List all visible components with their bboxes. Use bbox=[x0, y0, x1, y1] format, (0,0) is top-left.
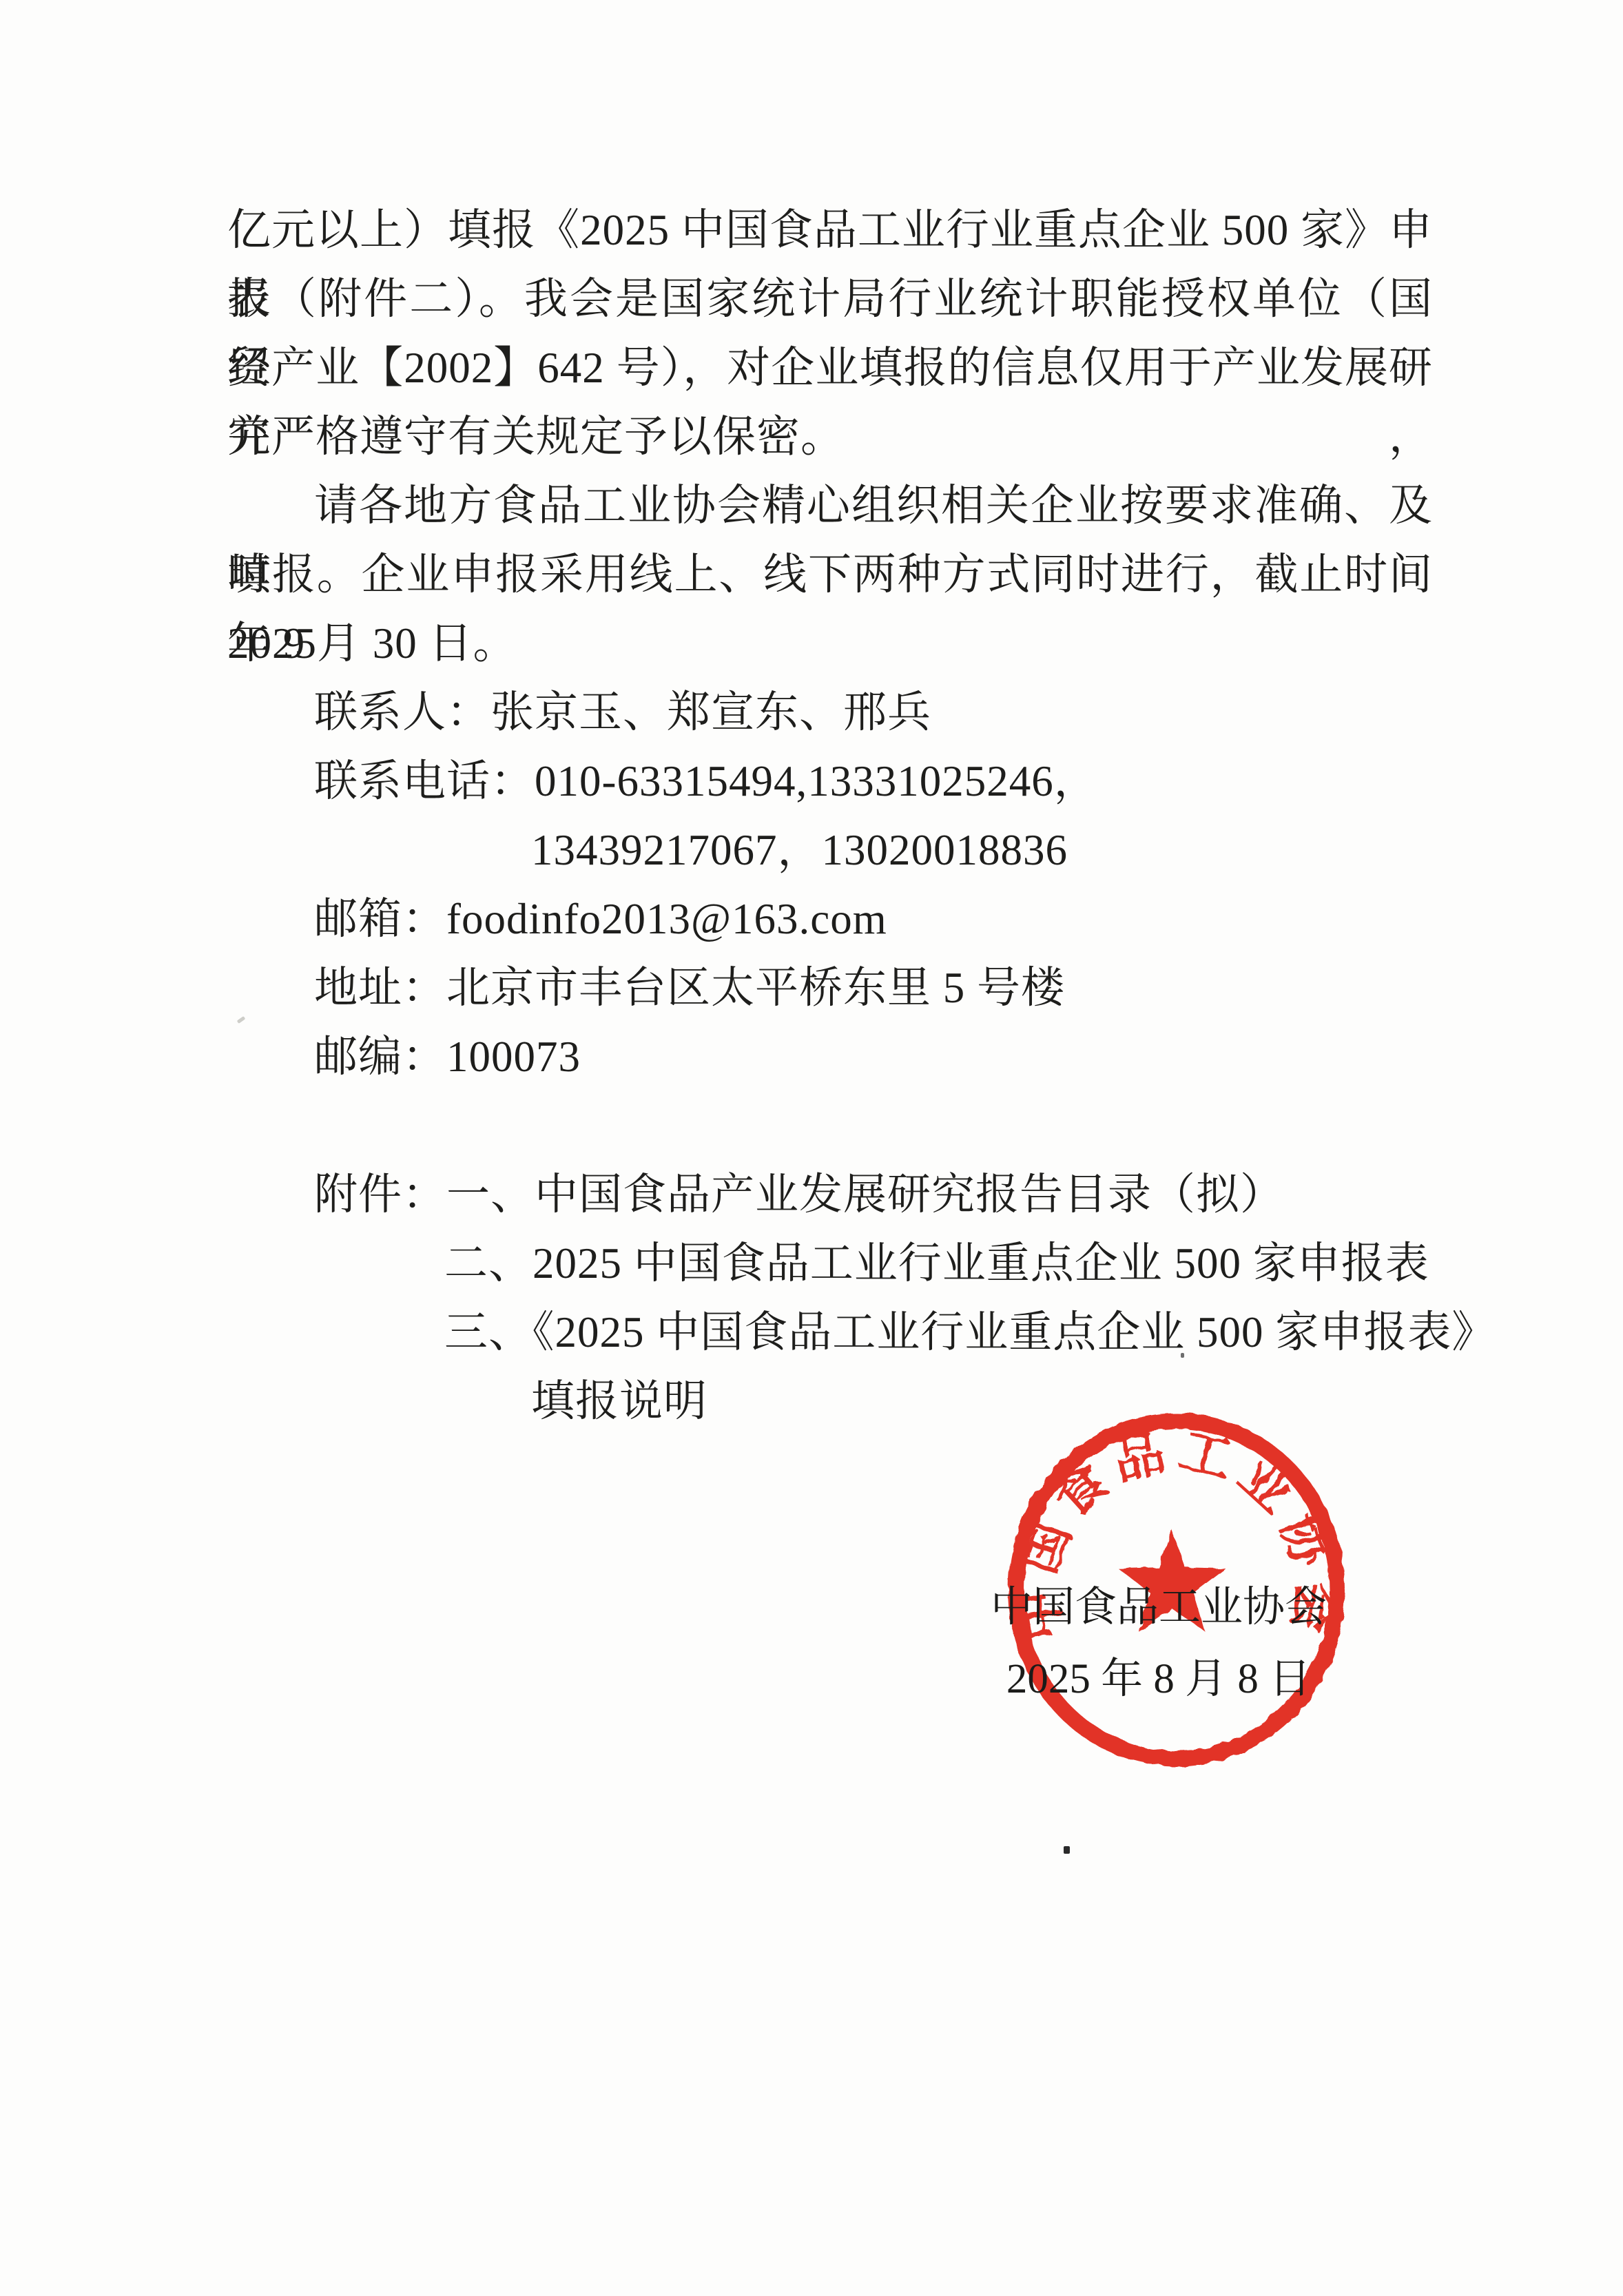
contact-postcode-line: 邮编：100073 bbox=[227, 1022, 1433, 1091]
ink-speck bbox=[1064, 1846, 1070, 1854]
body-line: 贸产业【2002】642 号），对企业填报的信息仅用于产业发展研究， bbox=[227, 333, 1433, 402]
document-body: 亿元以上）填报《2025 中国食品工业行业重点企业 500 家》申报 表（附件二… bbox=[227, 196, 1433, 1436]
ink-speck bbox=[1181, 1353, 1184, 1358]
body-line: 表（附件二）。我会是国家统计局行业统计职能授权单位（国经 bbox=[227, 265, 1433, 333]
contact-phone-line: 联系电话：010-63315494,13331025246， bbox=[227, 747, 1433, 816]
contact-email-line: 邮箱：foodinfo2013@163.com bbox=[227, 885, 1433, 953]
signature-date: 2025 年 8 月 8 日 bbox=[952, 1644, 1365, 1715]
contact-person-line: 联系人：张京玉、郑宣东、邢兵 bbox=[227, 678, 1433, 747]
attachments-heading-line: 附件：一、中国食品产业发展研究报告目录（拟） bbox=[227, 1160, 1433, 1229]
body-line: 年 9 月 30 日。 bbox=[227, 609, 1433, 678]
signature-org: 中国食品工业协会 bbox=[952, 1572, 1365, 1644]
body-line: 填报。企业申报采用线上、线下两种方式同时进行，截止时间 2025 bbox=[227, 540, 1433, 609]
scanned-document-page: 亿元以上）填报《2025 中国食品工业行业重点企业 500 家》申报 表（附件二… bbox=[0, 0, 1623, 2296]
body-line: 请各地方食品工业协会精心组织相关企业按要求准确、及时 bbox=[227, 471, 1433, 540]
body-line: 亿元以上）填报《2025 中国食品工业行业重点企业 500 家》申报 bbox=[227, 196, 1433, 265]
attachment-item-2: 二、2025 中国食品工业行业重点企业 500 家申报表 bbox=[227, 1229, 1433, 1298]
signature-block: 中国食品工业协会 2025 年 8 月 8 日 bbox=[952, 1572, 1365, 1715]
contact-address-line: 地址：北京市丰台区太平桥东里 5 号楼 bbox=[227, 953, 1433, 1022]
attachment-item-3: 三、《2025 中国食品工业行业重点企业 500 家申报表》 bbox=[227, 1298, 1433, 1367]
contact-phone-line-2: 13439217067，13020018836 bbox=[227, 816, 1433, 885]
